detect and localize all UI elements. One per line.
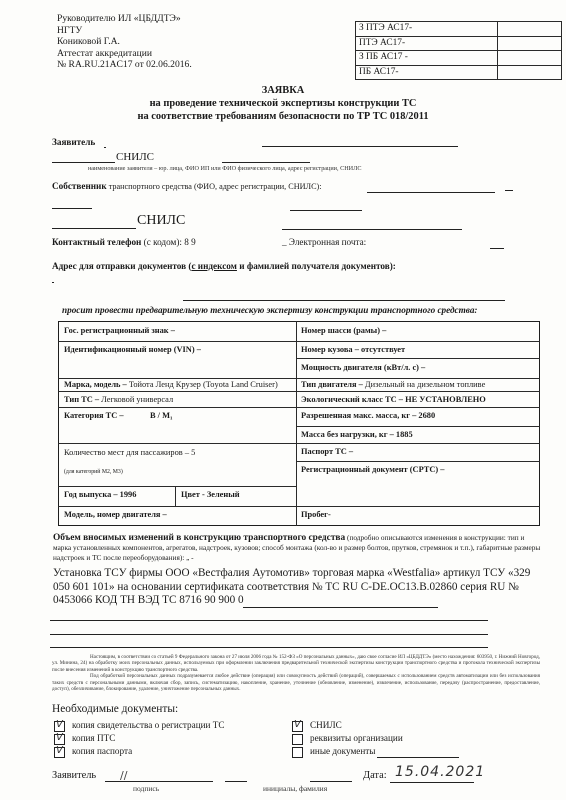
changes-line[interactable] bbox=[50, 620, 488, 621]
code-value[interactable] bbox=[498, 36, 562, 51]
owner-input-line[interactable] bbox=[290, 210, 362, 211]
doc-label: копия свидетельства о регистрации ТС bbox=[72, 720, 225, 730]
document-subtitle: на проведение технической экспертизы кон… bbox=[0, 97, 566, 110]
code-value[interactable] bbox=[498, 22, 562, 37]
code-row: ПБ АС17- bbox=[356, 65, 562, 80]
year-field[interactable]: Год выпуска – 1996 bbox=[64, 490, 136, 500]
required-documents-title: Необходимые документы: bbox=[52, 703, 178, 715]
applicant-input-line[interactable] bbox=[52, 162, 115, 163]
vehicle-type-value: Легковой универсал bbox=[99, 395, 173, 404]
changes-heading: Объем вносимых изменений в конструкцию т… bbox=[53, 533, 543, 563]
changes-line[interactable] bbox=[50, 647, 488, 648]
category-value[interactable]: B / M₁ bbox=[150, 411, 173, 421]
addressee-line: № RA.RU.21AC17 от 02.06.2016. bbox=[57, 59, 192, 71]
engine-type-label: Тип двигателя – bbox=[301, 380, 363, 389]
engine-type-field[interactable]: Тип двигателя – Дизельный на дизельном т… bbox=[301, 380, 485, 390]
code-value[interactable] bbox=[498, 65, 562, 80]
request-text: просит провести предварительную техничес… bbox=[62, 305, 477, 315]
curb-mass-field[interactable]: Масса без нагрузки, кг – 1885 bbox=[301, 430, 413, 440]
passport-field[interactable]: Паспорт ТС – bbox=[301, 447, 353, 457]
owner-label-rest: транспортного средства (ФИО, адрес регис… bbox=[107, 182, 322, 191]
check-mark-icon: V bbox=[56, 732, 63, 743]
code-label: ПТЭ АС17- bbox=[356, 36, 498, 51]
changes-text-field[interactable]: Установка ТСУ фирмы ООО «Вестфалия Аутом… bbox=[53, 567, 548, 608]
initials-line[interactable] bbox=[225, 781, 247, 782]
table-divider bbox=[296, 506, 540, 507]
doc-checkbox-pts[interactable]: V bbox=[54, 734, 65, 745]
table-divider bbox=[296, 341, 540, 342]
date-line[interactable] bbox=[390, 782, 474, 783]
make-model-field[interactable]: Марка, модель – Тойота Ленд Крузер (Toyo… bbox=[64, 380, 278, 390]
owner-input-line[interactable] bbox=[52, 228, 136, 229]
eco-class-field[interactable]: Экологический класс ТС – НЕ УСТАНОВЛЕНО bbox=[301, 395, 486, 405]
addressee-line: Аттестат аккредитации bbox=[57, 48, 192, 60]
owner-snils-line[interactable] bbox=[282, 229, 462, 230]
applicant-snils-label: СНИЛС bbox=[116, 151, 154, 163]
changes-line[interactable] bbox=[243, 607, 438, 608]
vehicle-type-label: Тип ТС – bbox=[64, 395, 99, 404]
table-divider bbox=[58, 506, 296, 507]
address-label-part: Адрес для отправки документов ( bbox=[52, 261, 191, 271]
signature-applicant-label: Заявитель bbox=[52, 770, 96, 781]
color-field[interactable]: Цвет - Зеленый bbox=[181, 490, 240, 500]
consent-paragraph: Настоящим, в соответствии со статьей 9 Ф… bbox=[52, 654, 540, 673]
changes-line[interactable] bbox=[50, 634, 488, 635]
doc-label: копия ПТС bbox=[72, 733, 115, 743]
registration-codes-table: З ПТЭ АС17- ПТЭ АС17- З ПБ АС17 - ПБ АС1… bbox=[355, 21, 562, 80]
body-field[interactable]: Номер кузова – отсутствует bbox=[301, 345, 405, 355]
date-label: Дата: bbox=[363, 770, 387, 781]
owner-input-line[interactable] bbox=[367, 192, 495, 193]
code-label: З ПБ АС17 - bbox=[356, 51, 498, 66]
reg-document-field[interactable]: Регистрационный документ (СРТС) – bbox=[301, 465, 445, 475]
table-divider bbox=[296, 321, 297, 526]
table-divider bbox=[296, 391, 540, 392]
addressee-block: Руководителю ИЛ «ЦБДДТЭ» НГТУ Кониковой … bbox=[57, 13, 192, 71]
table-divider bbox=[175, 486, 176, 506]
applicant-input-line[interactable] bbox=[262, 146, 458, 147]
doc-label: СНИЛС bbox=[310, 720, 342, 730]
name-line[interactable] bbox=[310, 781, 352, 782]
power-field[interactable]: Мощность двигателя (кВт/л. с) – bbox=[301, 363, 425, 373]
code-row: З ПБ АС17 - bbox=[356, 51, 562, 66]
addressee-line: Кониковой Г.А. bbox=[57, 36, 192, 48]
doc-checkbox-org-details[interactable] bbox=[292, 734, 303, 745]
addressee-line: Руководителю ИЛ «ЦБДДТЭ» bbox=[57, 13, 192, 25]
max-mass-field[interactable]: Разрешенная макс. масса, кг – 2680 bbox=[301, 411, 435, 421]
address-input-line[interactable] bbox=[183, 300, 505, 301]
chassis-field[interactable]: Номер шасси (рамы) – bbox=[301, 326, 386, 336]
signature-hint: подпись bbox=[133, 784, 159, 793]
doc-checkbox-passport[interactable]: V bbox=[54, 747, 65, 758]
table-divider bbox=[58, 443, 296, 444]
applicant-label: Заявитель bbox=[52, 137, 95, 147]
table-divider bbox=[296, 407, 540, 408]
phone-label: Контактный телефон (с кодом): 8 9 bbox=[52, 237, 196, 247]
consent-paragraph: Под обработкой персональных данных подра… bbox=[52, 673, 540, 692]
doc-checkbox-other[interactable] bbox=[292, 747, 303, 758]
doc-checkbox-registration[interactable]: V bbox=[54, 721, 65, 732]
underline bbox=[104, 147, 106, 148]
category-label: Категория ТС – bbox=[64, 411, 124, 421]
engine-type-value: Дизельный на дизельном топливе bbox=[363, 380, 485, 389]
personal-data-consent: Настоящим, в соответствии со статьей 9 Ф… bbox=[52, 654, 540, 692]
table-divider bbox=[58, 486, 296, 487]
check-mark-icon: V bbox=[56, 719, 63, 730]
make-model-value: Тойота Ленд Крузер (Toyota Land Cruiser) bbox=[127, 380, 278, 389]
table-divider bbox=[296, 378, 540, 379]
dash bbox=[505, 190, 513, 191]
table-divider bbox=[58, 378, 296, 379]
applicant-hint: наименование заявителя – юр. лица, ФИО И… bbox=[88, 165, 361, 172]
code-label: З ПТЭ АС17- bbox=[356, 22, 498, 37]
owner-input-line[interactable] bbox=[52, 208, 92, 209]
mileage-field[interactable]: Пробег- bbox=[301, 510, 331, 520]
code-label: ПБ АС17- bbox=[356, 65, 498, 80]
code-row: З ПТЭ АС17- bbox=[356, 22, 562, 37]
table-divider bbox=[296, 426, 540, 427]
other-docs-line[interactable] bbox=[377, 757, 459, 758]
vehicle-type-field[interactable]: Тип ТС – Легковой универсал bbox=[64, 395, 173, 405]
applicant-snils-line[interactable] bbox=[222, 162, 310, 163]
owner-label: Собственник транспортного средства (ФИО,… bbox=[52, 181, 322, 191]
email-input-line[interactable] bbox=[490, 248, 504, 249]
make-model-label: Марка, модель – bbox=[64, 380, 127, 389]
name-hint: инициалы, фамилия bbox=[263, 784, 327, 793]
reg-sign-field[interactable]: Гос. регистрационный знак – bbox=[64, 326, 175, 336]
doc-checkbox-snils[interactable]: V bbox=[292, 721, 303, 732]
table-divider bbox=[296, 461, 540, 462]
email-label: _ Электронная почта: bbox=[282, 237, 366, 247]
doc-label: реквизиты организации bbox=[310, 733, 403, 743]
changes-heading-bold: Объем вносимых изменений в конструкцию т… bbox=[53, 533, 345, 543]
check-mark-icon: V bbox=[294, 719, 301, 730]
phone-label-rest: (с кодом): 8 9 bbox=[141, 237, 195, 247]
table-divider bbox=[58, 391, 296, 392]
signature-scribble-icon: ∕∕ bbox=[120, 769, 127, 782]
engine-model-field[interactable]: Модель, номер двигателя – bbox=[64, 510, 167, 520]
table-divider bbox=[296, 358, 540, 359]
address-label-part: и фамилией получателя документов): bbox=[237, 261, 396, 271]
document-subtitle-2: на соответствие требованиям безопасности… bbox=[0, 110, 566, 123]
code-row: ПТЭ АС17- bbox=[356, 36, 562, 51]
address-label-underlined: с индексом bbox=[191, 261, 237, 271]
addressee-line: НГТУ bbox=[57, 25, 192, 37]
vin-field[interactable]: Идентификационный номер (VIN) – bbox=[64, 345, 201, 355]
table-divider bbox=[58, 341, 296, 342]
underline bbox=[52, 282, 54, 283]
code-value[interactable] bbox=[498, 51, 562, 66]
doc-label: иные документы bbox=[310, 746, 375, 756]
doc-label: копия паспорта bbox=[72, 746, 132, 756]
owner-snils-label: СНИЛС bbox=[137, 213, 185, 229]
owner-label-bold: Собственник bbox=[52, 181, 107, 191]
address-label: Адрес для отправки документов (с индексо… bbox=[52, 261, 396, 271]
phone-label-bold: Контактный телефон bbox=[52, 237, 141, 247]
table-divider bbox=[296, 443, 540, 444]
document-title: ЗАЯВКА bbox=[0, 84, 566, 97]
seats-note: (для категорий M2, M3) bbox=[64, 467, 123, 477]
seats-field[interactable]: Количество мест для пассажиров – 5 bbox=[64, 448, 195, 458]
check-mark-icon: V bbox=[56, 745, 63, 756]
date-field[interactable]: 15.04.2021 bbox=[395, 764, 485, 780]
table-divider bbox=[58, 407, 296, 408]
